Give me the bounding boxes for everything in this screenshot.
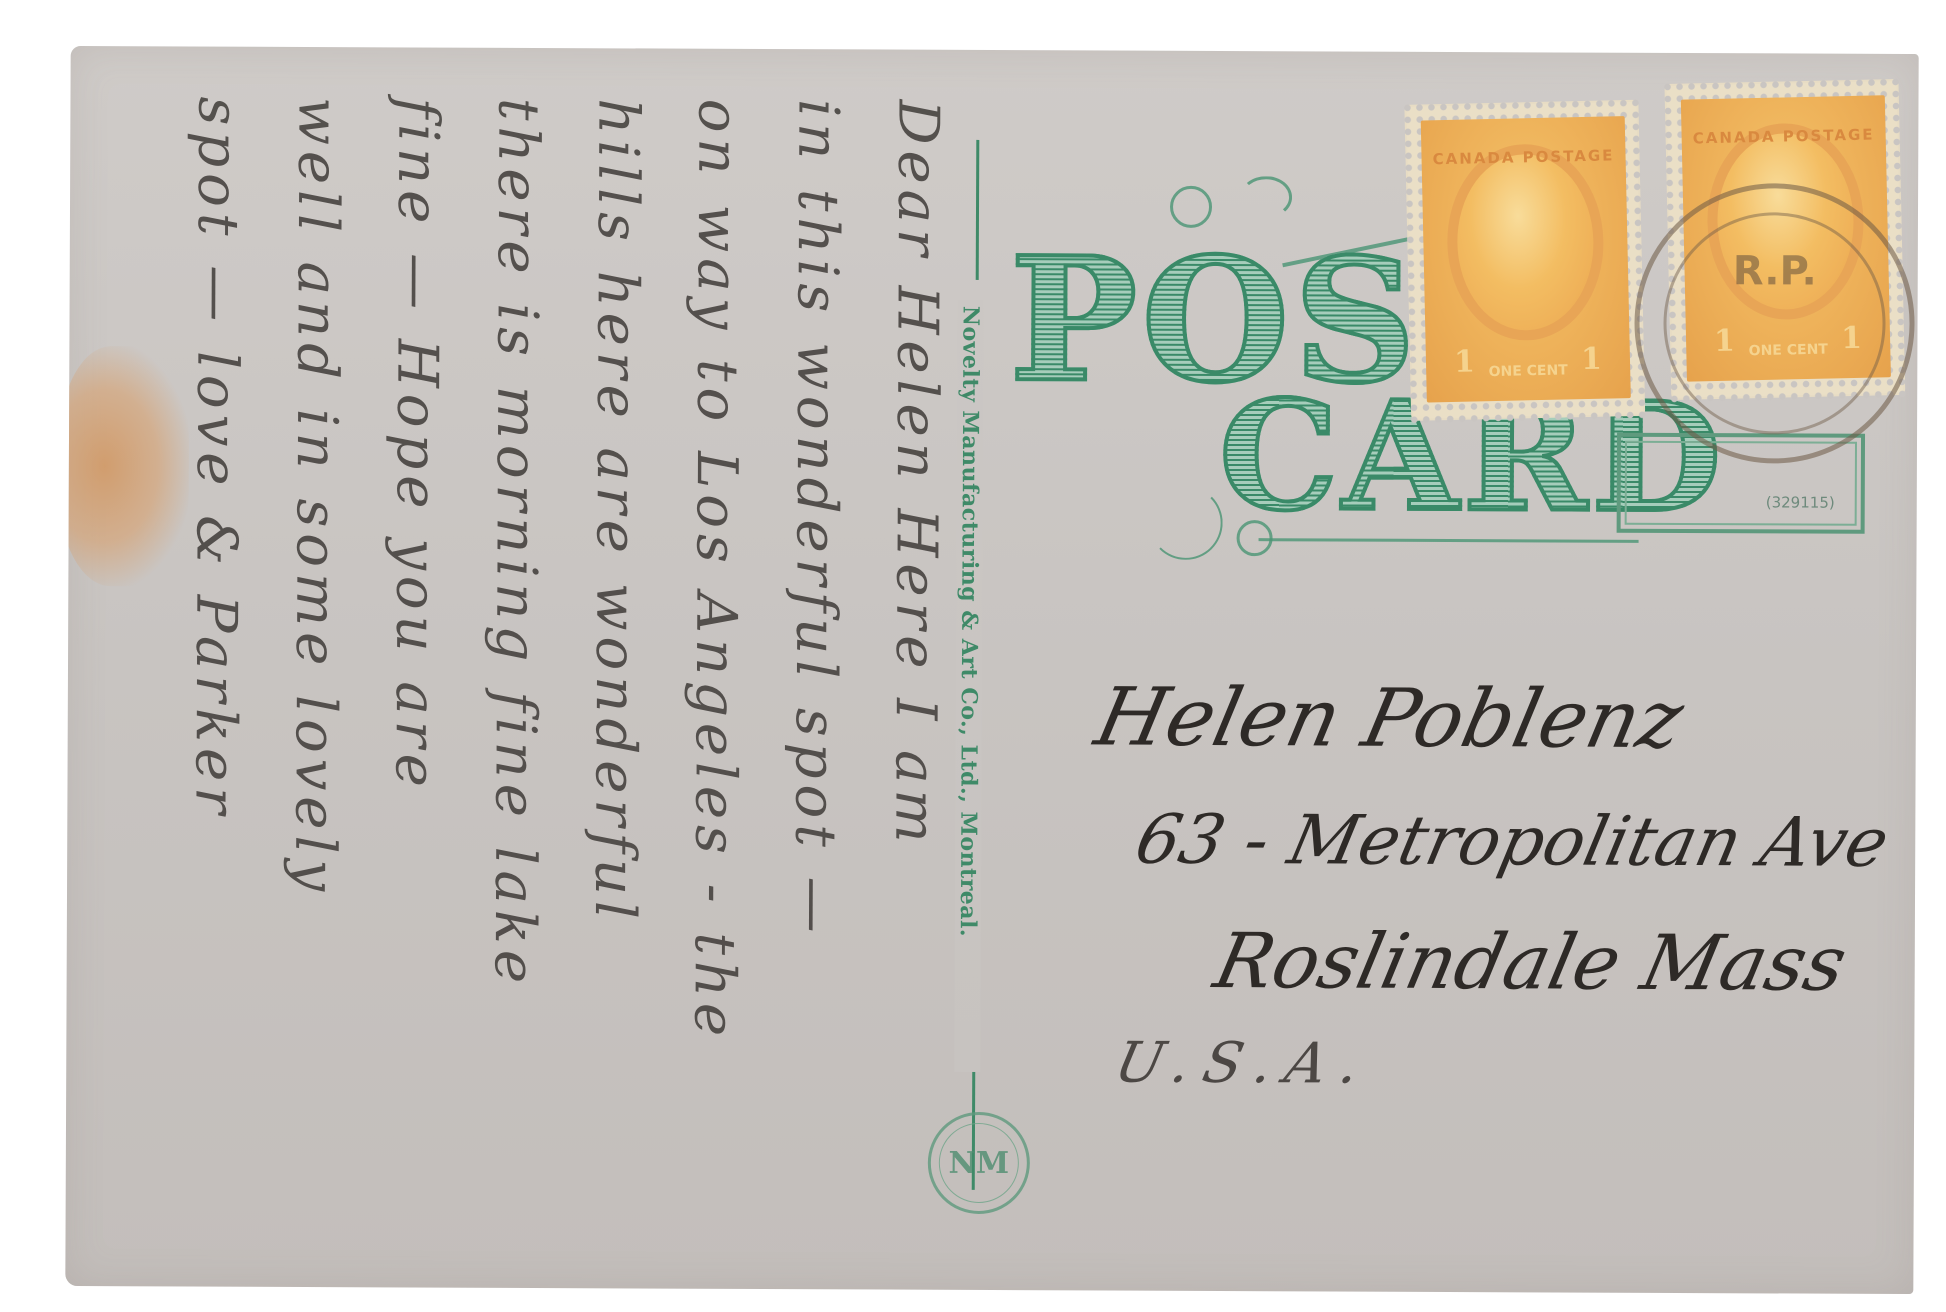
message-line: there is morning fine lake — [465, 98, 550, 1278]
publisher-seal-icon: NM — [928, 1112, 1030, 1214]
recipient-country: U.S.A. — [1109, 1031, 1379, 1097]
recipient-street: 63 - Metropolitan Ave — [1129, 801, 1896, 883]
stamp-country: CANADA POSTAGE — [1681, 125, 1885, 147]
message-line: in this wonderful spot — — [765, 99, 850, 1279]
king-portrait-icon — [1445, 143, 1605, 342]
stamp-box-code: (329115) — [1766, 493, 1835, 511]
recipient-city: Roslindale Mass — [1207, 916, 1854, 1008]
postcard: Dear Helen Here I am in this wonderful s… — [65, 46, 1918, 1294]
motion-lines-icon — [1148, 486, 1222, 560]
message-line: spot — love & Parker — [165, 96, 250, 1276]
message-line: well and in some lovely — [265, 97, 350, 1277]
handwritten-message: Dear Helen Here I am in this wonderful s… — [85, 56, 970, 1280]
stamp-country: CANADA POSTAGE — [1421, 146, 1625, 168]
divider-rule-top — [976, 140, 980, 280]
recipient-address: Helen Poblenz 63 - Metropolitan Ave Rosl… — [1096, 650, 1898, 1153]
flourish-icon — [1240, 176, 1292, 218]
publisher-imprint: Novelty Manufacturing & Art Co., Ltd., M… — [954, 300, 983, 1072]
postmark-text: R.P. — [1640, 248, 1910, 295]
message-line: hills here are wonderful — [565, 98, 650, 1278]
message-line: on way to Los Angeles - the — [665, 99, 750, 1279]
postage-stamp: CANADA POSTAGE 1 1 ONE CENT — [1406, 102, 1643, 419]
recipient-name: Helen Poblenz — [1088, 671, 1692, 766]
postmark-cancellation: R.P. — [1634, 183, 1915, 464]
message-line: fine — Hope you are — [365, 97, 450, 1277]
message-line: Dear Helen Here I am — [865, 99, 950, 1279]
stamp-denomination: ONE CENT — [1426, 362, 1630, 380]
flourish-icon — [1236, 520, 1272, 556]
